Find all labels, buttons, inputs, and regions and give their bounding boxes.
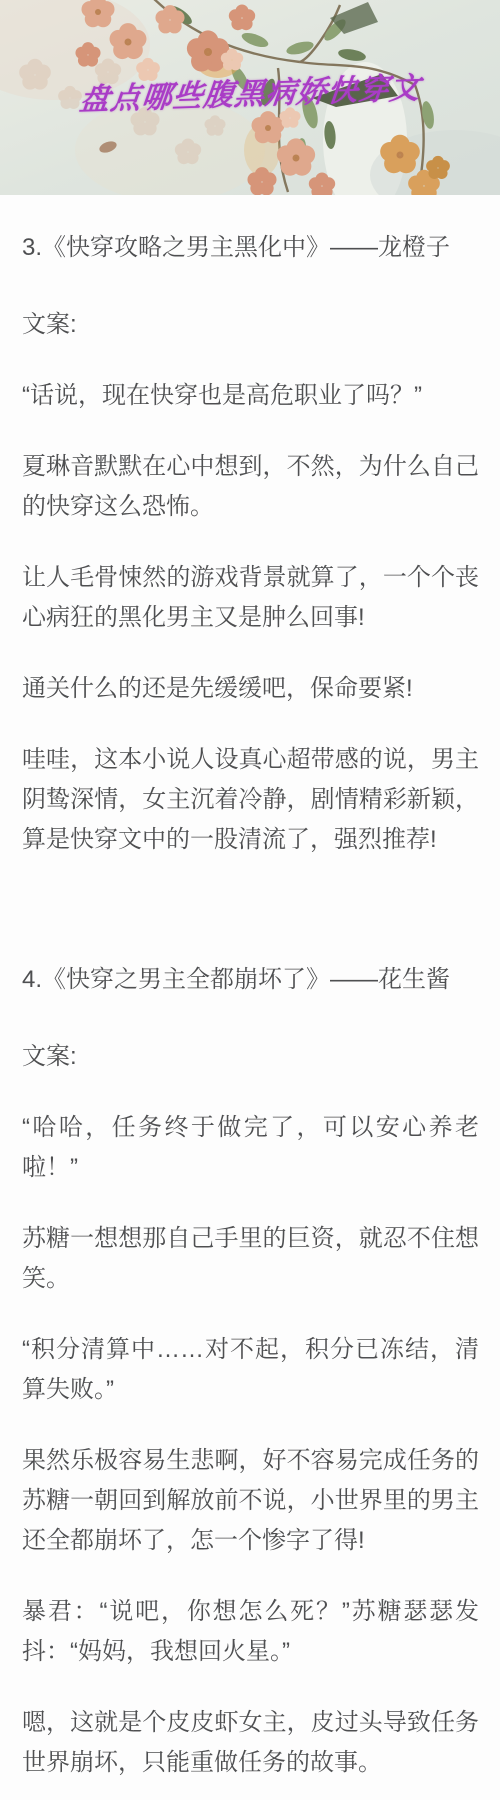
paragraph: 哇哇，这本小说人设真心超带感的说，男主阴鸷深情，女主沉着冷静，剧情精彩新颖，算是… — [22, 740, 479, 860]
book-title-heading: 4.《快穿之男主全都崩坏了》——花生酱 — [22, 960, 479, 1000]
book-section-3: 3.《快穿攻略之男主黑化中》——龙橙子 文案: “话说，现在快穿也是高危职业了吗… — [22, 228, 479, 860]
copy-label: 文案: — [22, 305, 479, 345]
paragraph: 苏糖一想想那自己手里的巨资，就忍不住想笑。 — [22, 1219, 479, 1299]
paragraph: 夏琳音默默在心中想到，不然，为什么自己的快穿这么恐怖。 — [22, 447, 479, 527]
book-title-heading: 3.《快穿攻略之男主黑化中》——龙橙子 — [22, 228, 479, 268]
book-section-4: 4.《快穿之男主全都崩坏了》——花生酱 文案: “哈哈，任务终于做完了，可以安心… — [22, 960, 479, 1783]
article-page: 盘点哪些腹黑病娇快穿文 3.《快穿攻略之男主黑化中》——龙橙子 文案: “话说，… — [0, 0, 500, 1800]
paragraph: 让人毛骨悚然的游戏背景就算了，一个个丧心病狂的黑化男主又是肿么回事! — [22, 558, 479, 638]
article-content: 3.《快穿攻略之男主黑化中》——龙橙子 文案: “话说，现在快穿也是高危职业了吗… — [0, 228, 500, 1799]
paragraph: “积分清算中……对不起，积分已冻结，清算失败。” — [22, 1330, 479, 1410]
paragraph: “话说，现在快穿也是高危职业了吗？” — [22, 376, 479, 416]
paragraph: “哈哈，任务终于做完了，可以安心养老啦！” — [22, 1108, 479, 1188]
header-image: 盘点哪些腹黑病娇快穿文 — [0, 0, 500, 195]
paragraph: 通关什么的还是先缓缓吧，保命要紧! — [22, 669, 479, 709]
paragraph: 暴君：“说吧，你想怎么死？”苏糖瑟瑟发抖：“妈妈，我想回火星。” — [22, 1592, 479, 1672]
copy-label: 文案: — [22, 1037, 479, 1077]
paragraph: 果然乐极容易生悲啊，好不容易完成任务的苏糖一朝回到解放前不说，小世界里的男主还全… — [22, 1441, 479, 1561]
paragraph: 嗯，这就是个皮皮虾女主，皮过头导致任务世界崩坏，只能重做任务的故事。 — [22, 1703, 479, 1783]
